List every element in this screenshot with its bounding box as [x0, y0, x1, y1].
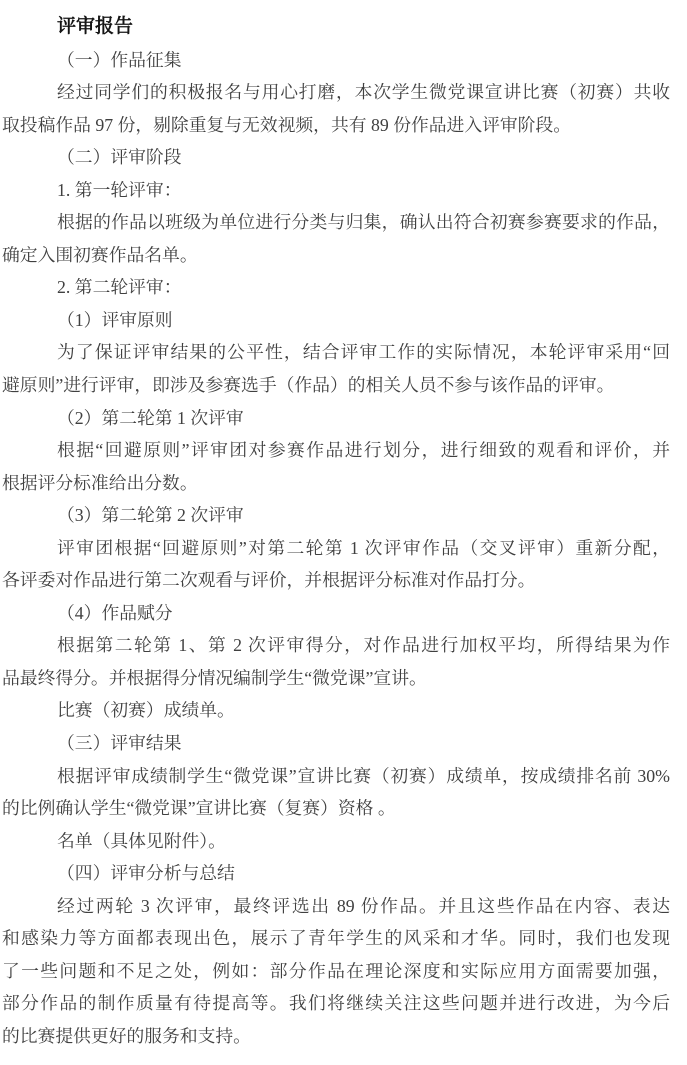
clause-1-heading: （1）评审原则 [2, 304, 670, 337]
paragraph-line: 各评委对作品进行第二次观看与评价，并根据评分标准对作品打分。 [2, 564, 670, 597]
paragraph-line: 根据评审成绩制学生“微党课”宣讲比赛（初赛）成绩单，按成绩排名前 30% [2, 760, 670, 793]
paragraph-line: 名单（具体见附件）。 [2, 825, 670, 858]
paragraph-line: 根据的作品以班级为单位进行分类与归集，确认出符合初赛参赛要求的作品， [2, 206, 670, 239]
subsection-1-heading: 1. 第一轮评审： [2, 174, 670, 207]
paragraph-line: 品最终得分。并根据得分情况编制学生“微党课”宣讲。 [2, 662, 670, 695]
paragraph-line: 评审团根据“回避原则”对第二轮第 1 次评审作品（交叉评审）重新分配， [2, 532, 670, 565]
document-body: 评审报告（一）作品征集经过同学们的积极报名与用心打磨，本次学生微党课宣讲比赛（初… [2, 11, 670, 1053]
subsection-2-heading: 2. 第二轮评审： [2, 271, 670, 304]
section-1-heading: （一）作品征集 [2, 44, 670, 77]
paragraph-line: 为了保证评审结果的公平性，结合评审工作的实际情况，本轮评审采用“回 [2, 336, 670, 369]
clause-4-heading: （4）作品赋分 [2, 597, 670, 630]
paragraph-line: 经过同学们的积极报名与用心打磨，本次学生微党课宣讲比赛（初赛）共收 [2, 76, 670, 109]
clause-3-heading: （3）第二轮第 2 次评审 [2, 499, 670, 532]
paragraph-line: 经过两轮 3 次评审，最终评选出 89 份作品。并且这些作品在内容、表达 [2, 890, 670, 923]
paragraph-line: 的比例确认学生“微党课”宣讲比赛（复赛）资格 。 [2, 792, 670, 825]
section-2-heading: （二）评审阶段 [2, 141, 670, 174]
paragraph-line: 比赛（初赛）成绩单。 [2, 694, 670, 727]
paragraph-line: 部分作品的制作质量有待提高等。我们将继续关注这些问题并进行改进，为今后 [2, 987, 670, 1020]
paragraph-line: 根据第二轮第 1、第 2 次评审得分，对作品进行加权平均，所得结果为作 [2, 629, 670, 662]
paragraph-line: 和感染力等方面都表现出色，展示了青年学生的风采和才华。同时，我们也发现 [2, 922, 670, 955]
clause-2-heading: （2）第二轮第 1 次评审 [2, 402, 670, 435]
paragraph-line: 的比赛提供更好的服务和支持。 [2, 1020, 670, 1053]
paragraph-line: 了一些问题和不足之处，例如：部分作品在理论深度和实际应用方面需要加强， [2, 955, 670, 988]
paragraph-line: 根据“回避原则”评审团对参赛作品进行划分，进行细致的观看和评价，并 [2, 434, 670, 467]
paragraph-line: 取投稿作品 97 份，剔除重复与无效视频，共有 89 份作品进入评审阶段。 [2, 109, 670, 142]
paragraph-line: 确定入围初赛作品名单。 [2, 239, 670, 272]
section-3-heading: （三）评审结果 [2, 727, 670, 760]
paragraph-line: 根据评分标准给出分数。 [2, 467, 670, 500]
report-title: 评审报告 [2, 11, 670, 44]
section-4-heading: （四）评审分析与总结 [2, 857, 670, 890]
paragraph-line: 避原则”进行评审，即涉及参赛选手（作品）的相关人员不参与该作品的评审。 [2, 369, 670, 402]
